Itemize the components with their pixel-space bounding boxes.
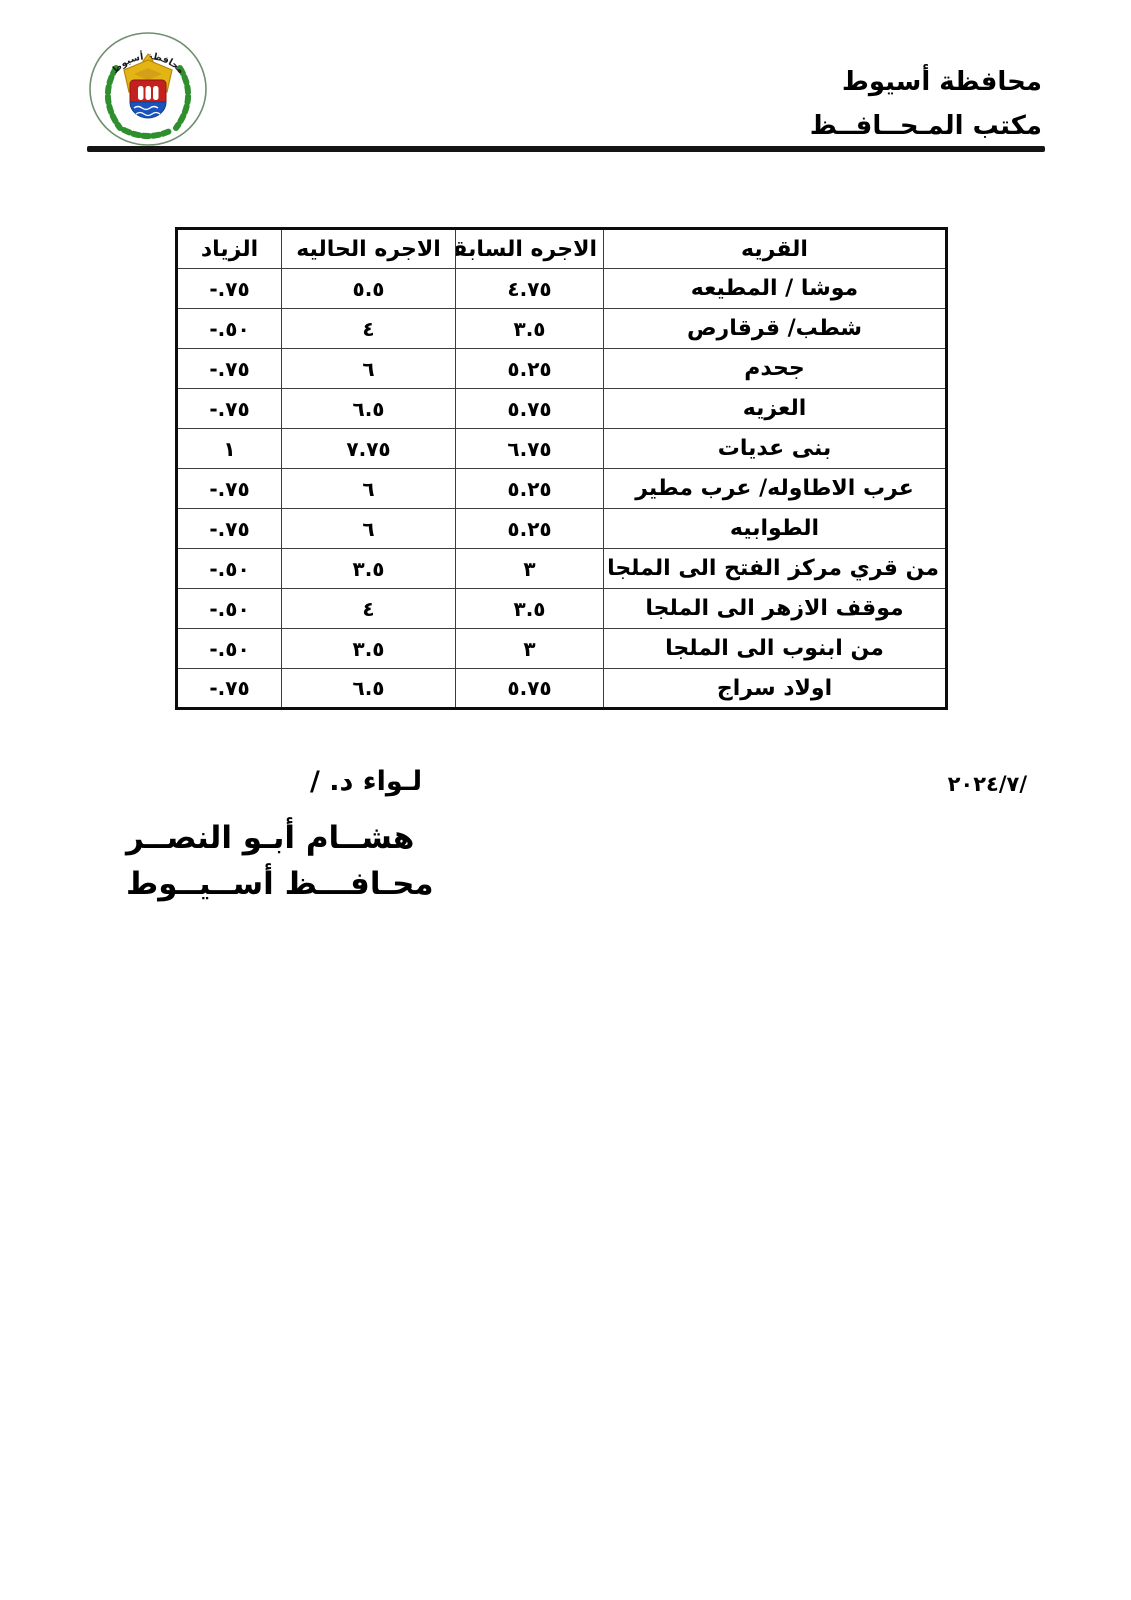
- current-fare-cell: ٣.٥: [282, 629, 456, 669]
- village-cell: الطوابيه: [604, 509, 947, 549]
- current-fare-cell: ٦.٥: [282, 669, 456, 709]
- village-cell: جحدم: [604, 349, 947, 389]
- increase-cell: -.٧٥: [177, 469, 282, 509]
- village-cell: من ابنوب الى الملجا: [604, 629, 947, 669]
- fare-table-container: القريه الاجره السابقه الاجره الحاليه الز…: [178, 227, 948, 710]
- village-cell: شطب/ قرقارص: [604, 309, 947, 349]
- increase-cell: -.٧٥: [177, 669, 282, 709]
- increase-cell: -.٧٥: [177, 349, 282, 389]
- previous-fare-cell: ٤.٧٥: [456, 269, 604, 309]
- table-row: بنى عديات ٦.٧٥ ٧.٧٥ ١: [177, 429, 947, 469]
- column-header-previous: الاجره السابقه: [456, 229, 604, 269]
- previous-fare-cell: ٥.٧٥: [456, 389, 604, 429]
- shield-icon: [130, 80, 166, 102]
- village-cell: موقف الازهر الى الملجا: [604, 589, 947, 629]
- signer-title: محـافـــظ أســيــوط: [126, 866, 434, 902]
- previous-fare-cell: ٥.٧٥: [456, 669, 604, 709]
- current-fare-cell: ٦: [282, 469, 456, 509]
- current-fare-cell: ٦: [282, 509, 456, 549]
- previous-fare-cell: ٣: [456, 629, 604, 669]
- increase-cell: -.٥٠: [177, 309, 282, 349]
- current-fare-cell: ٥.٥: [282, 269, 456, 309]
- increase-cell: -.٧٥: [177, 389, 282, 429]
- village-cell: من قري مركز الفتح الى الملجا: [604, 549, 947, 589]
- previous-fare-cell: ٦.٧٥: [456, 429, 604, 469]
- table-row: الطوابيه ٥.٢٥ ٦ -.٧٥: [177, 509, 947, 549]
- signer-name: هشــام أبـو النصــر: [126, 820, 414, 856]
- column-header-village: القريه: [604, 229, 947, 269]
- increase-cell: -.٥٠: [177, 589, 282, 629]
- increase-cell: -.٥٠: [177, 629, 282, 669]
- increase-cell: ١: [177, 429, 282, 469]
- current-fare-cell: ٦.٥: [282, 389, 456, 429]
- document-page: محافظة أسيوط محافظة أ: [0, 0, 1131, 1600]
- fare-table: القريه الاجره السابقه الاجره الحاليه الز…: [175, 227, 948, 710]
- current-fare-cell: ٤: [282, 309, 456, 349]
- table-row: جحدم ٥.٢٥ ٦ -.٧٥: [177, 349, 947, 389]
- increase-cell: -.٥٠: [177, 549, 282, 589]
- table-row: من قري مركز الفتح الى الملجا ٣ ٣.٥ -.٥٠: [177, 549, 947, 589]
- previous-fare-cell: ٣: [456, 549, 604, 589]
- table-row: من ابنوب الى الملجا ٣ ٣.٥ -.٥٠: [177, 629, 947, 669]
- table-row: موشا / المطيعه ٤.٧٥ ٥.٥ -.٧٥: [177, 269, 947, 309]
- current-fare-cell: ٧.٧٥: [282, 429, 456, 469]
- header-divider-rule: [87, 146, 1045, 152]
- village-cell: موشا / المطيعه: [604, 269, 947, 309]
- table-row: اولاد سراج ٥.٧٥ ٦.٥ -.٧٥: [177, 669, 947, 709]
- signer-rank: لـواء د. /: [310, 766, 422, 797]
- table-row: العزيه ٥.٧٥ ٦.٥ -.٧٥: [177, 389, 947, 429]
- document-date: ٢٠٢٤/٧/: [948, 772, 1027, 796]
- village-cell: اولاد سراج: [604, 669, 947, 709]
- column-header-current: الاجره الحاليه: [282, 229, 456, 269]
- current-fare-cell: ٤: [282, 589, 456, 629]
- village-cell: العزيه: [604, 389, 947, 429]
- letterhead-text-block: محافظة أسيوط مكتب المـحــافــظ: [810, 60, 1042, 148]
- increase-cell: -.٧٥: [177, 509, 282, 549]
- org-name: محافظة أسيوط: [810, 60, 1042, 104]
- village-cell: عرب الاطاوله/ عرب مطير: [604, 469, 947, 509]
- previous-fare-cell: ٣.٥: [456, 589, 604, 629]
- table-header-row: القريه الاجره السابقه الاجره الحاليه الز…: [177, 229, 947, 269]
- table-row: عرب الاطاوله/ عرب مطير ٥.٢٥ ٦ -.٧٥: [177, 469, 947, 509]
- governorate-logo: محافظة أسيوط: [86, 30, 210, 148]
- village-cell: بنى عديات: [604, 429, 947, 469]
- previous-fare-cell: ٥.٢٥: [456, 469, 604, 509]
- table-row: شطب/ قرقارص ٣.٥ ٤ -.٥٠: [177, 309, 947, 349]
- column-header-increase: الزياد: [177, 229, 282, 269]
- table-row: موقف الازهر الى الملجا ٣.٥ ٤ -.٥٠: [177, 589, 947, 629]
- previous-fare-cell: ٣.٥: [456, 309, 604, 349]
- office-name: مكتب المـحــافــظ: [810, 104, 1042, 148]
- current-fare-cell: ٦: [282, 349, 456, 389]
- increase-cell: -.٧٥: [177, 269, 282, 309]
- fare-table-body: موشا / المطيعه ٤.٧٥ ٥.٥ -.٧٥ شطب/ قرقارص…: [177, 269, 947, 709]
- previous-fare-cell: ٥.٢٥: [456, 509, 604, 549]
- current-fare-cell: ٣.٥: [282, 549, 456, 589]
- governorate-emblem-graphic: محافظة أسيوط: [86, 30, 210, 148]
- previous-fare-cell: ٥.٢٥: [456, 349, 604, 389]
